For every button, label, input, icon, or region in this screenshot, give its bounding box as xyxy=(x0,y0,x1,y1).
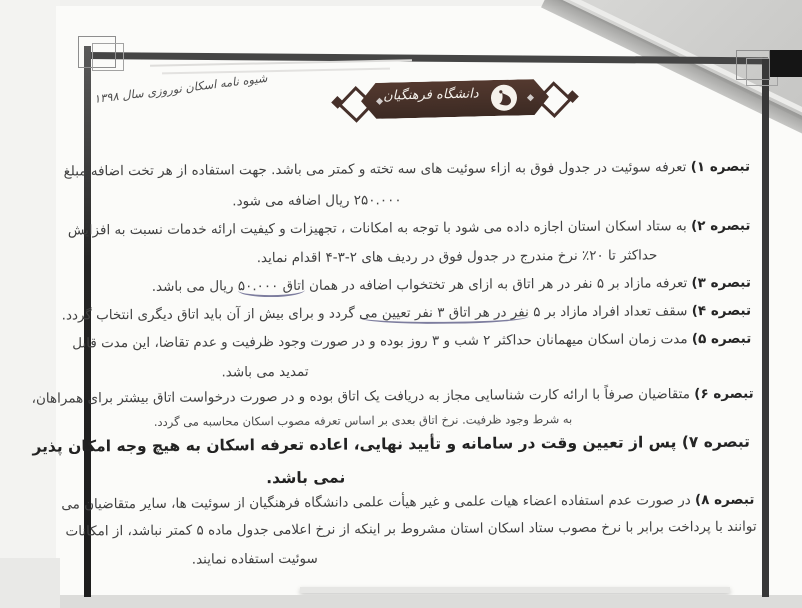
note-text: سوئیت استفاده نمایند. xyxy=(192,551,318,568)
pen-underlined-text: اتاق ۵۰.۰۰۰ xyxy=(238,278,305,297)
note-text: در صورت عدم استفاده اعضاء هیات علمی و غی… xyxy=(61,492,690,512)
note-label: تبصره ۵) xyxy=(692,331,751,347)
note-label: تبصره ۱) xyxy=(691,159,750,175)
note-label: تبصره ۸) xyxy=(695,492,754,508)
note-line-5: تبصره ۵) مدت زمان اسکان میهمانان حداکثر … xyxy=(72,330,751,353)
note-text: به شرط وجود ظرفیت. نرخ اتاق بعدی بر اساس… xyxy=(154,412,572,429)
note-line-1: تبصره ۱) تعرفه سوئیت در جدول فوق به ازاء… xyxy=(64,158,751,181)
scan-bottom-left-corner xyxy=(0,558,60,608)
note-text: ریال می باشد. xyxy=(152,278,234,295)
note-label: تبصره ۴) xyxy=(692,303,751,319)
note-label: تبصره ۶) xyxy=(694,386,753,402)
note-text: به ستاد اسکان استان اجازه داده می شود با… xyxy=(68,218,687,238)
note-line-6: تبصره ۶) متقاضیان صرفاً با ارائه کارت شن… xyxy=(32,385,754,408)
note-label: تبصره ۲) xyxy=(691,218,750,234)
page-frame-right xyxy=(762,58,769,597)
note-line-6-continuation: به شرط وجود ظرفیت. نرخ اتاق بعدی بر اساس… xyxy=(154,412,573,430)
note-text: تعرفه مازاد بر ۵ نفر در هر اتاق به ازای … xyxy=(309,275,687,294)
note-line-5-continuation: تمدید می باشد. xyxy=(221,363,308,382)
pen-underlined-text: نفر در هر اتاق ۳ نفر تعیین می xyxy=(359,304,529,324)
note-line-3: تبصره ۳) تعرفه مازاد بر ۵ نفر در هر اتاق… xyxy=(152,274,751,296)
scanned-document-page: { "page": { "side_title": "شیوه نامه اسک… xyxy=(0,0,802,608)
note-text: تمدید می باشد. xyxy=(221,364,308,381)
note-line-7-continuation: نمی باشد. xyxy=(266,468,345,489)
note-line-1-continuation: ۲۵۰.۰۰۰ ریال اضافه می شود. xyxy=(232,191,401,210)
note-text: سقف تعداد افراد مازاد بر ۵ xyxy=(533,303,687,320)
note-line-8-continuation: توانند با پرداخت برابر با نرخ مصوب ستاد … xyxy=(65,518,756,541)
note-text: تعرفه سوئیت در جدول فوق به ازاء سوئیت ها… xyxy=(64,159,687,179)
note-text: متقاضیان صرفاً با ارائه کارت شناسایی مجا… xyxy=(32,386,690,407)
note-line-7: تبصره ۷) پس از تعیین وقت در سامانه و تأی… xyxy=(32,432,750,458)
note-line-2: تبصره ۲) به ستاد اسکان استان اجازه داده … xyxy=(68,217,751,240)
note-label: تبصره ۷) xyxy=(682,433,750,451)
note-text: پس از تعیین وقت در سامانه و تأیید نهایی،… xyxy=(32,433,676,455)
note-text: مدت زمان اسکان میهمانان حداکثر ۲ شب و ۳ … xyxy=(72,331,687,351)
note-text: توانند با پرداخت برابر با نرخ مصوب ستاد … xyxy=(65,519,756,540)
document-body: تبصره ۱) تعرفه سوئیت در جدول فوق به ازاء… xyxy=(93,0,757,608)
note-text: حداکثر تا ۲۰٪ نرخ مندرج در جدول فوق در ر… xyxy=(257,247,658,266)
right-edge-black-mark xyxy=(770,50,802,77)
note-line-4: تبصره ۴) سقف تعداد افراد مازاد بر ۵ نفر … xyxy=(62,302,752,325)
note-text: گردد و برای بیش از آن باید اتاق دیگری ان… xyxy=(62,305,355,323)
note-line-8-continuation-2: سوئیت استفاده نمایند. xyxy=(192,550,318,569)
note-label: تبصره ۳) xyxy=(691,275,750,291)
scan-left-margin xyxy=(0,0,60,608)
note-text: ۲۵۰.۰۰۰ ریال اضافه می شود. xyxy=(232,192,401,209)
note-text: نمی باشد. xyxy=(266,469,345,488)
note-line-2-continuation: حداکثر تا ۲۰٪ نرخ مندرج در جدول فوق در ر… xyxy=(257,246,658,267)
note-line-8: تبصره ۸) در صورت عدم استفاده اعضاء هیات … xyxy=(61,491,754,514)
